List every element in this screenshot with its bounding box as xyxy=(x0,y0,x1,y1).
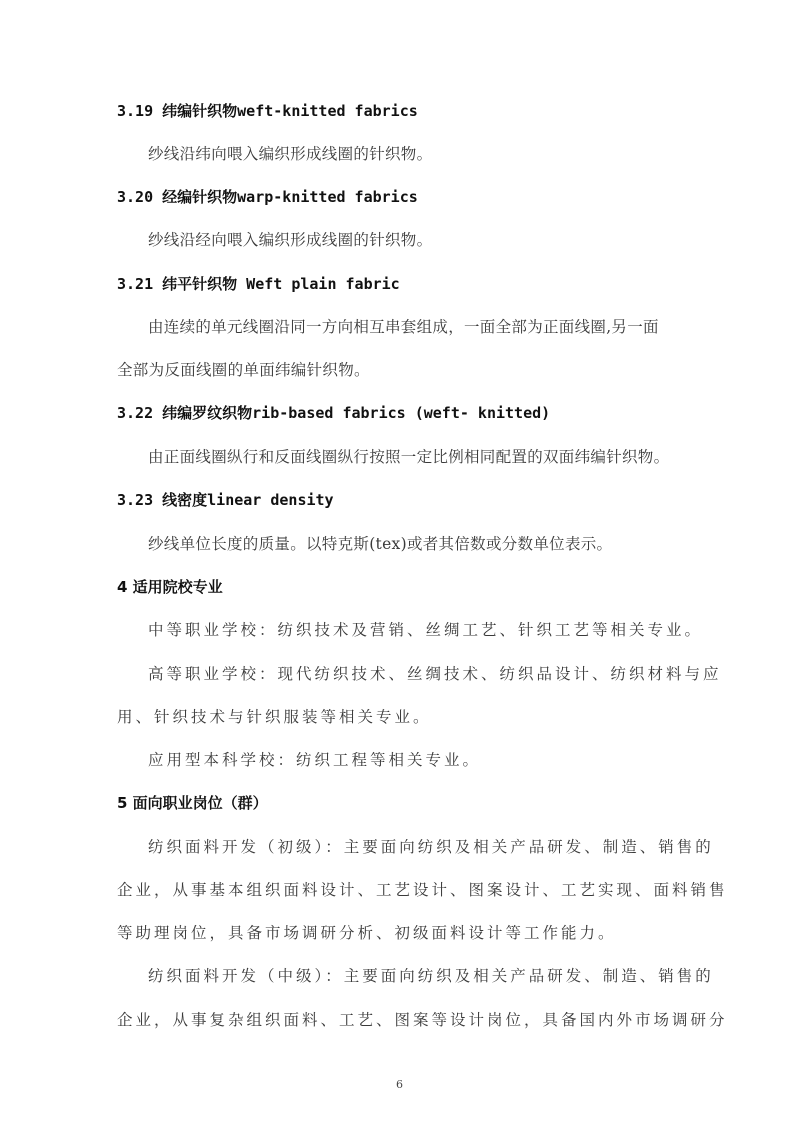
section-heading-3-22: 3.22 纬编罗纹织物rib-based fabrics (weft- knit… xyxy=(117,403,550,423)
document-page: 3.19 纬编针织物weft-knitted fabrics 纱线沿纬向喂入编织… xyxy=(0,0,799,1138)
section-heading-3-20: 3.20 经编针织物warp-knitted fabrics xyxy=(117,187,418,207)
section-body-3-21-line-1: 由连续的单元线圈沿同一方向相互串套组成，一面全部为正面线圈,另一面 xyxy=(148,317,659,337)
section-heading-3-21: 3.21 纬平针织物 Weft plain fabric xyxy=(117,274,400,294)
section-heading-5: 5 面向职业岗位（群） xyxy=(117,793,268,813)
section-body-4-line-2: 高等职业学校：现代纺织技术、丝绸技术、纺织品设计、纺织材料与应 xyxy=(148,664,722,684)
section-body-5-line-4: 纺织面料开发（中级）：主要面向纺织及相关产品研发、制造、销售的 xyxy=(148,966,714,986)
section-heading-4: 4 适用院校专业 xyxy=(117,577,223,597)
section-body-5-line-1: 纺织面料开发（初级）：主要面向纺织及相关产品研发、制造、销售的 xyxy=(148,837,714,857)
section-body-3-22: 由正面线圈纵行和反面线圈纵行按照一定比例相同配置的双面纬编针织物。 xyxy=(148,447,669,467)
page-number: 6 xyxy=(0,1078,799,1091)
section-body-5-line-3: 等助理岗位，具备市场调研分析、初级面料设计等工作能力。 xyxy=(117,923,617,943)
section-body-4-line-4: 应用型本科学校：纺织工程等相关专业。 xyxy=(148,750,481,770)
section-heading-3-19: 3.19 纬编针织物weft-knitted fabrics xyxy=(117,101,418,121)
section-body-3-21-line-2: 全部为反面线圈的单面纬编针织物。 xyxy=(117,360,370,380)
section-body-3-20: 纱线沿经向喂入编织形成线圈的针织物。 xyxy=(148,230,432,250)
section-body-4-line-1: 中等职业学校：纺织技术及营销、丝绸工艺、针织工艺等相关专业。 xyxy=(148,620,703,640)
section-body-3-23: 纱线单位长度的质量。以特克斯(tex)或者其倍数或分数单位表示。 xyxy=(148,534,612,554)
section-body-5-line-5: 企业，从事复杂组织面料、工艺、图案等设计岗位，具备国内外市场调研分 xyxy=(117,1010,728,1030)
section-body-3-19: 纱线沿纬向喂入编织形成线圈的针织物。 xyxy=(148,144,432,164)
section-body-4-line-3: 用、针织技术与针织服装等相关专业。 xyxy=(117,707,432,727)
section-heading-3-23: 3.23 线密度linear density xyxy=(117,490,334,510)
section-body-5-line-2: 企业，从事基本组织面料设计、工艺设计、图案设计、工艺实现、面料销售 xyxy=(117,880,728,900)
